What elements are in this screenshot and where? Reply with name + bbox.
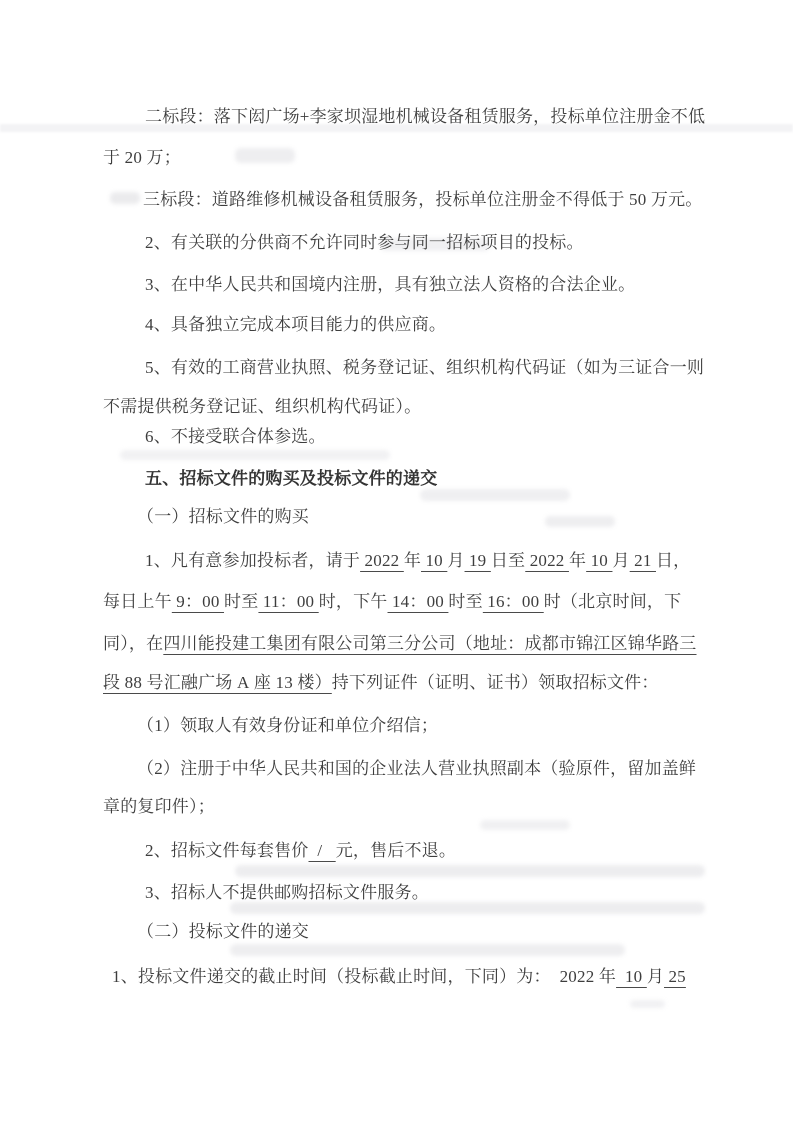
fill-in-blank-underlined: 19 [465, 551, 491, 570]
bleed-artifact [420, 489, 570, 501]
fill-in-blank-underlined: 14：00 [388, 592, 449, 611]
text-segment: 日至 [491, 551, 525, 570]
fill-in-blank-underlined: 16：00 [483, 592, 544, 611]
text-segment: （一）招标文件的购买 [137, 507, 309, 526]
text-segment: 2022 年 [551, 967, 616, 986]
text-segment: 同），在 [103, 634, 163, 653]
text-segment: （2）注册于中华人民共和国的企业法人营业执照副本（验原件，留加盖鲜 [137, 759, 696, 778]
text-segment: 时至 [224, 592, 258, 611]
text-line-18: 章的复印件）； [103, 795, 215, 819]
text-segment: 年 [569, 551, 586, 570]
bleed-artifact [235, 148, 295, 163]
bleed-artifact [110, 192, 140, 204]
text-segment: 日， [656, 551, 690, 570]
text-segment: 4、具备独立完成本项目能力的供应商。 [145, 315, 446, 334]
text-segment: 元，售后不退。 [336, 841, 456, 860]
fill-in-blank-underlined: / [309, 841, 336, 860]
text-segment: 1、凡有意参加投标者，请于 [145, 551, 360, 570]
text-segment: 时（北京时间，下 [544, 592, 682, 611]
text-segment: 三标段：道路维修机械设备租赁服务，投标单位注册金不得低于 50 万元。 [143, 190, 703, 209]
text-segment: （1）领取人有效身份证和单位介绍信； [137, 716, 438, 735]
text-line-1: 二标段：落下闳广场+李家坝湿地机械设备租赁服务，投标单位注册金不低 [145, 105, 705, 129]
text-segment: 5、有效的工商营业执照、税务登记证、组织机构代码证（如为三证合一则 [145, 358, 704, 377]
text-segment: 不需提供税务登记证、组织机构代码证）。 [103, 397, 421, 416]
text-segment: 时，下午 [319, 592, 388, 611]
text-segment: 2、招标文件每套售价 [145, 841, 309, 860]
bleed-artifact [235, 865, 705, 877]
bleed-artifact [120, 450, 390, 460]
text-segment: 1、投标文件递交的截止时间（投标截止时间，下同）为： [112, 967, 551, 986]
text-segment: 每日上午 [103, 592, 172, 611]
text-line-5: 3、在中华人民共和国境内注册，具有独立法人资格的合法企业。 [145, 273, 635, 297]
fill-in-blank-underlined: 11：00 [258, 592, 318, 611]
text-segment: 6、不接受联合体参选。 [145, 427, 326, 446]
text-segment: 时至 [448, 592, 482, 611]
text-line-16: （1）领取人有效身份证和单位介绍信； [137, 714, 438, 738]
text-line-13: 每日上午 9：00 时至 11：00 时，下午 14：00 时至 16：00 时… [103, 590, 681, 614]
text-line-2: 于 20 万； [103, 146, 181, 170]
text-segment: 于 20 万； [103, 148, 181, 167]
text-line-21: （二）投标文件的递交 [137, 920, 309, 944]
document-page: 二标段：落下闳广场+李家坝湿地机械设备租赁服务，投标单位注册金不低于 20 万；… [0, 0, 793, 1123]
text-segment: 月 [447, 551, 464, 570]
text-line-4: 2、有关联的分供商不允许同时参与同一招标项目的投标。 [145, 231, 584, 255]
text-line-22: 1、投标文件递交的截止时间（投标截止时间，下同）为： 2022 年 10 月 2… [112, 965, 686, 989]
text-line-20: 3、招标人不提供邮购招标文件服务。 [145, 881, 429, 905]
text-line-6: 4、具备独立完成本项目能力的供应商。 [145, 313, 446, 337]
fill-in-blank-underlined: 9：00 [172, 592, 224, 611]
text-segment: 五、招标文件的购买及投标文件的递交 [145, 469, 437, 488]
text-segment: 月 [647, 967, 664, 986]
fill-in-blank-underlined: 10 [586, 551, 612, 570]
text-segment: 3、招标人不提供邮购招标文件服务。 [145, 883, 429, 902]
text-segment: 持下列证件（证明、证书）领取招标文件： [332, 673, 659, 692]
text-line-14: 同），在四川能投建工集团有限公司第三分公司（地址：成都市锦江区锦华路三 [103, 632, 697, 656]
text-line-19: 2、招标文件每套售价 / 元，售后不退。 [145, 839, 456, 863]
fill-in-blank-underlined: 段 88 号汇融广场 A 座 13 楼） [103, 673, 332, 692]
text-line-17: （2）注册于中华人民共和国的企业法人营业执照副本（验原件，留加盖鲜 [137, 757, 696, 781]
fill-in-blank-underlined: 10 [421, 551, 447, 570]
fill-in-blank-underlined: 四川能投建工集团有限公司第三分公司（地址：成都市锦江区锦华路三 [163, 634, 696, 653]
text-line-8: 不需提供税务登记证、组织机构代码证）。 [103, 395, 421, 419]
fill-in-blank-underlined: 25 [664, 967, 686, 986]
bleed-artifact [630, 1000, 665, 1008]
text-line-7: 5、有效的工商营业执照、税务登记证、组织机构代码证（如为三证合一则 [145, 356, 704, 380]
text-line-3: 三标段：道路维修机械设备租赁服务，投标单位注册金不得低于 50 万元。 [143, 188, 703, 212]
fill-in-blank-underlined: 2022 [525, 551, 569, 570]
fill-in-blank-underlined: 2022 [360, 551, 404, 570]
bleed-artifact [545, 516, 615, 527]
text-segment: 二标段：落下闳广场+李家坝湿地机械设备租赁服务，投标单位注册金不低 [145, 107, 705, 126]
text-line-12: 1、凡有意参加投标者，请于 2022 年 10 月 19 日至 2022 年 1… [145, 549, 690, 573]
text-segment: 月 [612, 551, 629, 570]
fill-in-blank-underlined: 21 [630, 551, 656, 570]
text-line-10: 五、招标文件的购买及投标文件的递交 [145, 467, 437, 491]
bleed-artifact [230, 944, 625, 956]
text-line-11: （一）招标文件的购买 [137, 505, 309, 529]
text-segment: 章的复印件）； [103, 797, 215, 816]
fill-in-blank-underlined: 10 [616, 967, 647, 986]
text-segment: （二）投标文件的递交 [137, 922, 309, 941]
bleed-artifact [480, 820, 570, 830]
text-segment: 3、在中华人民共和国境内注册，具有独立法人资格的合法企业。 [145, 275, 635, 294]
text-line-9: 6、不接受联合体参选。 [145, 425, 326, 449]
text-segment: 年 [404, 551, 421, 570]
text-line-15: 段 88 号汇融广场 A 座 13 楼）持下列证件（证明、证书）领取招标文件： [103, 671, 659, 695]
text-segment: 2、有关联的分供商不允许同时参与同一招标项目的投标。 [145, 233, 584, 252]
